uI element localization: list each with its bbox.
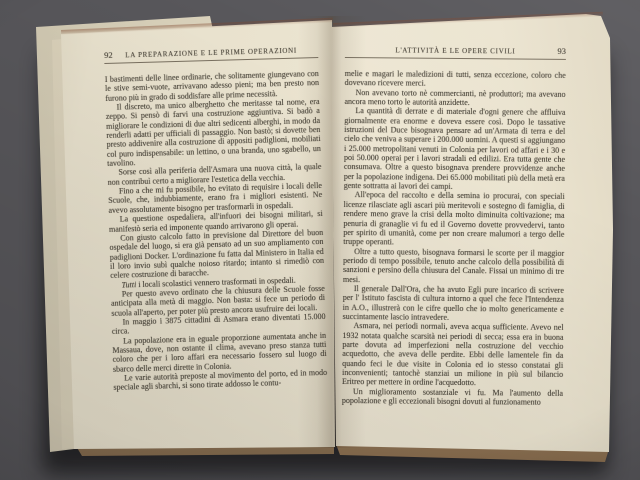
running-title-left: LA PREPARAZIONE E LE PRIME OPERAZIONI: [125, 47, 297, 60]
paragraph: Il discreto, ma unico alberghetto che me…: [105, 97, 321, 168]
paragraph: Un miglioramento sostanziale vi fu. Ma l…: [342, 387, 563, 408]
paragraph: La quantità di derrate e di materiale d'…: [344, 106, 566, 192]
running-header-right: L'ATTIVITÀ E LE OPERE CIVILI 93: [345, 44, 566, 60]
paragraph: Asmara, nei periodi normali, aveva acqua…: [342, 321, 564, 388]
page-text-left: 92 LA PREPARAZIONE E LE PRIME OPERAZIONI…: [104, 44, 327, 393]
page-text-right: L'ATTIVITÀ E LE OPERE CIVILI 93 melie e …: [342, 44, 566, 407]
page-body-left: I bastimenti delle linee ordinarie, che …: [105, 69, 328, 393]
header-spacer-left: [297, 52, 318, 53]
paragraph: Con giusto calcolo fatto in previsione d…: [109, 228, 324, 281]
paragraph: Non avevano torto nè commercianti, nè pr…: [344, 88, 565, 109]
page-number-right: 93: [536, 46, 566, 56]
paragraph: La popolazione era in eguale proporzione…: [112, 331, 327, 374]
page-number-left: 92: [104, 49, 125, 60]
paragraph: All'epoca del raccolto e della semina io…: [343, 190, 564, 248]
paragraph: melie e magari le maledizioni di tutti, …: [345, 69, 566, 90]
paragraph: Il generale Dall'Ora, che ha avuto Egli …: [343, 284, 564, 323]
paragraph: Oltre a tutto questo, bisognava formarsi…: [343, 247, 564, 286]
book-photo-scene: 92 LA PREPARAZIONE E LE PRIME OPERAZIONI…: [0, 0, 640, 480]
page-body-right: melie e magari le maledizioni di tutti, …: [342, 69, 566, 407]
running-title-right: L'ATTIVITÀ E LE OPERE CIVILI: [375, 46, 536, 55]
